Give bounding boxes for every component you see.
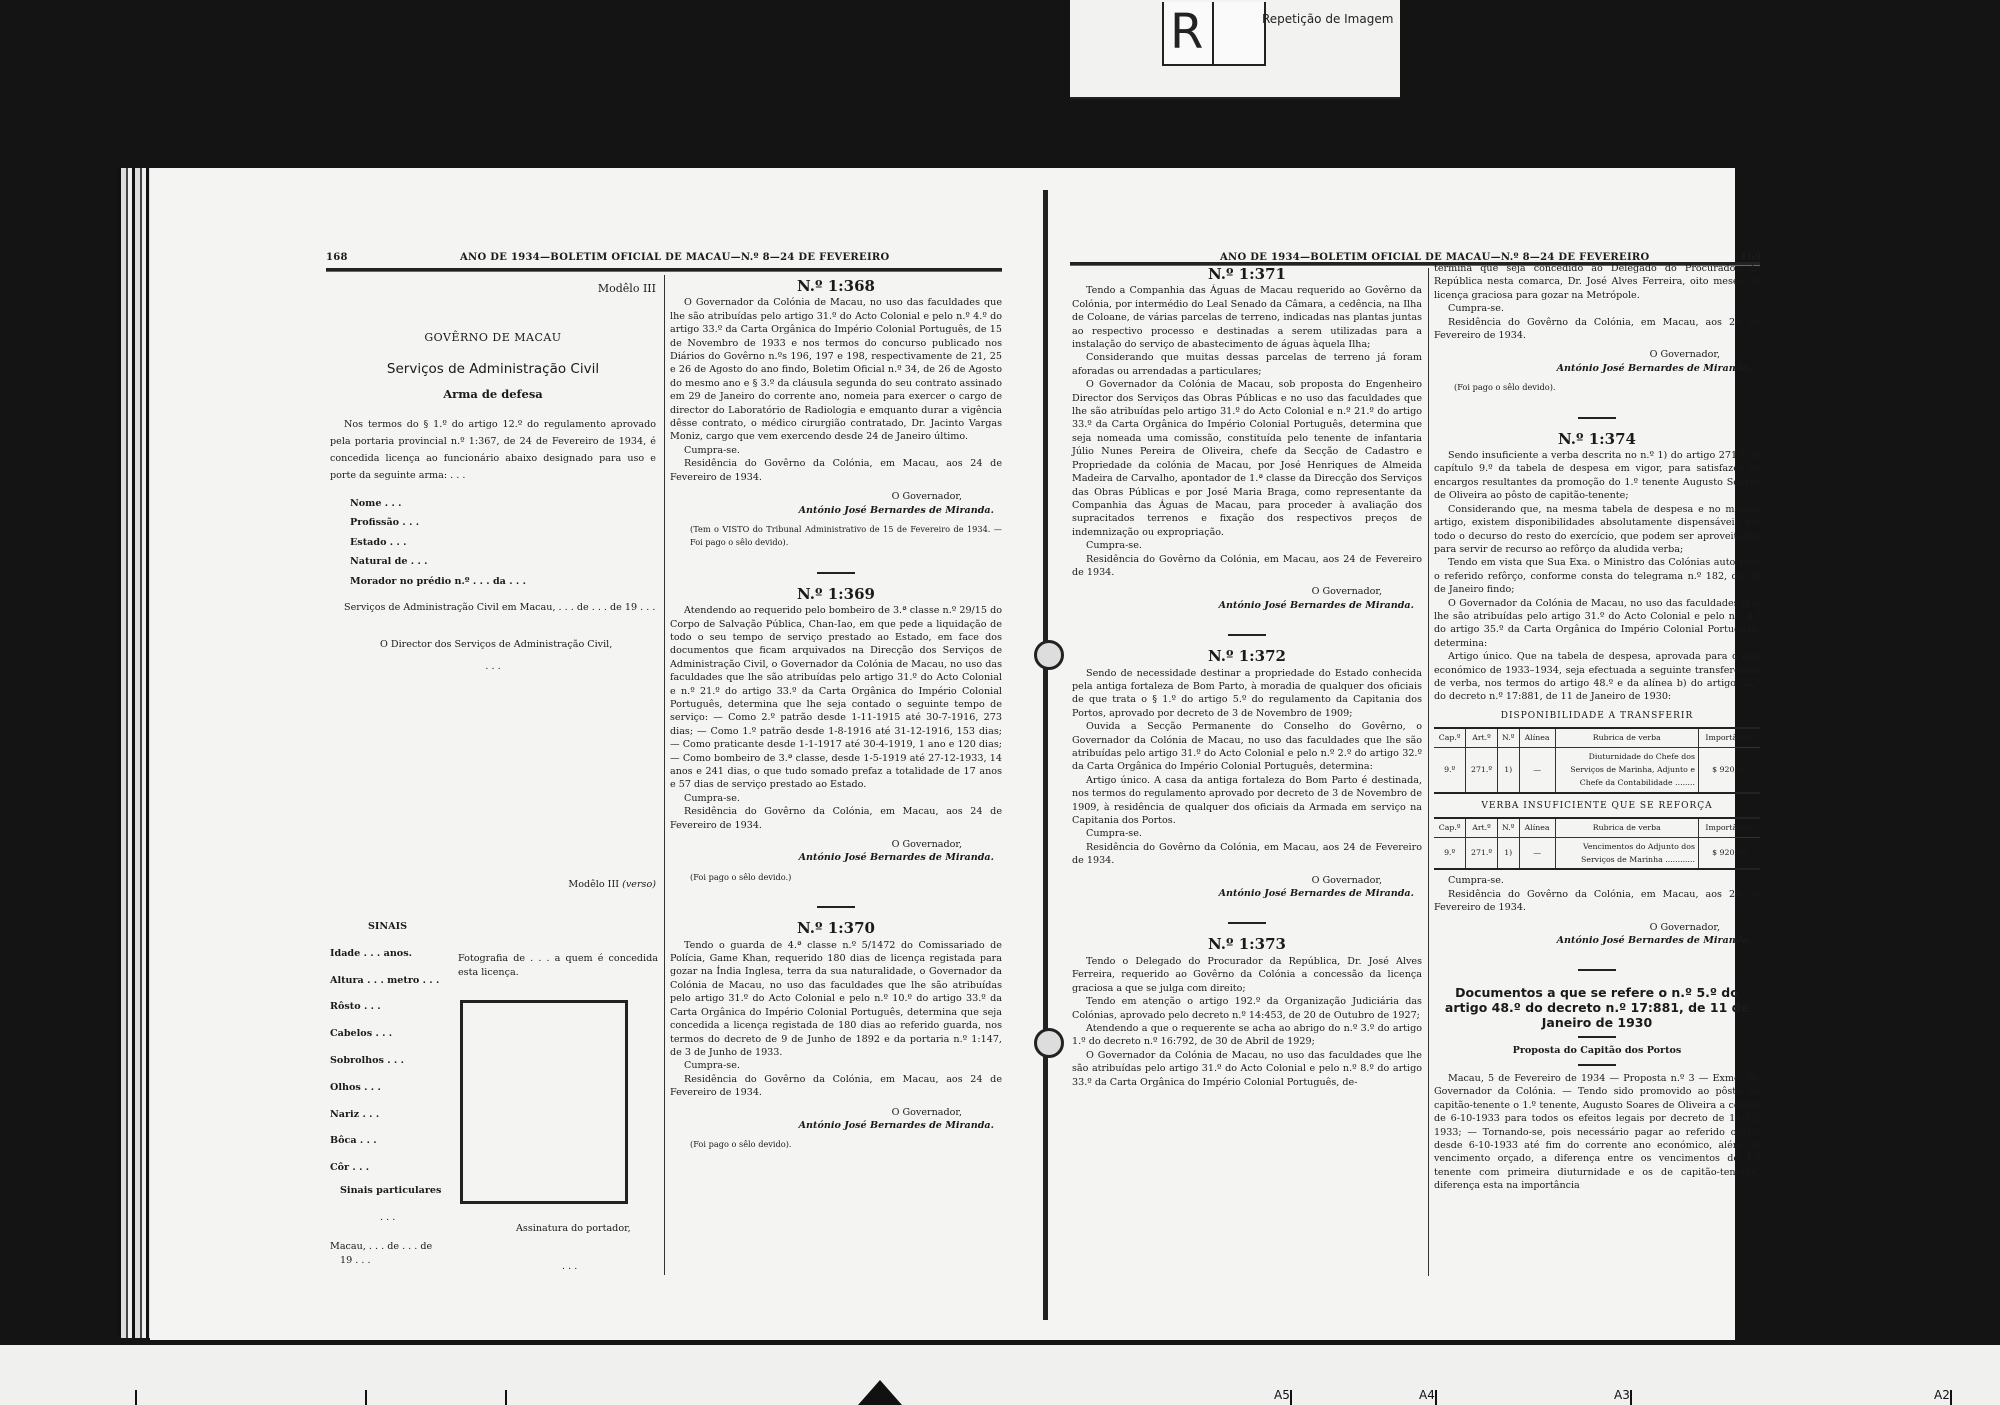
decree-number: N.º 1:369 bbox=[670, 588, 1002, 601]
page-edges bbox=[118, 168, 154, 1338]
signature-title: O Governador, bbox=[670, 838, 1002, 851]
documents-title: Documentos a que se refere o n.º 5.º do … bbox=[1434, 985, 1760, 1030]
column-header: N.º bbox=[1497, 818, 1519, 837]
separator bbox=[1578, 1064, 1616, 1066]
decree-note: (Foi pago o sêlo devido.) bbox=[670, 871, 1002, 884]
table-cell: 1) bbox=[1497, 837, 1519, 869]
signature-name: António José Bernardes de Miranda. bbox=[670, 851, 1002, 864]
separator bbox=[817, 906, 855, 908]
decree-paragraph: Residência do Govêrno da Colónia, em Mac… bbox=[1434, 888, 1760, 915]
signature-title: O Governador, bbox=[1072, 874, 1422, 887]
column-divider bbox=[664, 275, 665, 1275]
left-column-decrees: N.º 1:368O Governador da Colónia de Maca… bbox=[670, 278, 1002, 1152]
table-cell: 1) bbox=[1497, 747, 1519, 793]
table-cell: 271.º bbox=[1466, 747, 1498, 793]
film-tick bbox=[1435, 1390, 1437, 1405]
decree-paragraph: Tendo o Delegado do Procurador da Repúbl… bbox=[1072, 955, 1422, 995]
column-header: Art.º bbox=[1466, 818, 1498, 837]
service-heading: Serviços de Administração Civil bbox=[330, 363, 656, 376]
decree-paragraph: Residência do Govêrno da Colónia, em Mac… bbox=[670, 457, 1002, 484]
table-cell: $ 920,00 bbox=[1698, 747, 1760, 793]
signature-title: O Governador, bbox=[1434, 348, 1760, 361]
table-cell: — bbox=[1519, 837, 1555, 869]
form-field: Nome . . . bbox=[330, 494, 656, 514]
table-cell: Diuturnidade do Chefe dos Serviços de Ma… bbox=[1555, 747, 1698, 793]
photo-caption: Fotografia de . . . a quem é concedida e… bbox=[458, 952, 658, 980]
decree-paragraph: Cumpra-se. bbox=[1434, 302, 1760, 315]
documents-subtitle: Proposta do Capitão dos Portos bbox=[1434, 1044, 1760, 1057]
right-column-continued: termina que seja concedido ao Delegado d… bbox=[1434, 262, 1760, 1193]
film-strip bbox=[0, 1345, 2000, 1405]
decree-paragraph: Atendendo a que o requerente se acha ao … bbox=[1072, 1022, 1422, 1049]
decree-paragraph: Atendendo ao requerido pelo bombeiro de … bbox=[670, 604, 1002, 792]
column-header: Art.º bbox=[1466, 728, 1498, 747]
decree-paragraph: Sendo insuficiente a verba descrita no n… bbox=[1434, 449, 1760, 503]
signature-name: António José Bernardes de Miranda. bbox=[1434, 934, 1760, 947]
form-field: Natural de . . . bbox=[330, 552, 656, 572]
signature-title: O Governador, bbox=[1434, 921, 1760, 934]
form-field: Profissão . . . bbox=[330, 513, 656, 533]
decree-note: (Foi pago o sêlo devido). bbox=[1434, 381, 1760, 394]
decree-paragraph: Residência do Govêrno da Colónia, em Mac… bbox=[670, 1073, 1002, 1100]
image-repeat-tag: R Repetição de Imagem bbox=[1070, 0, 1400, 99]
film-tick bbox=[1630, 1390, 1632, 1405]
decree-paragraph: Artigo único. A casa da antiga fortaleza… bbox=[1072, 774, 1422, 828]
holder-signature: Assinatura do portador, bbox=[516, 1222, 666, 1235]
table-cell: 9.º bbox=[1434, 747, 1466, 793]
film-tick bbox=[135, 1390, 137, 1405]
decree-number: N.º 1:370 bbox=[670, 922, 1002, 935]
decree-paragraph: Sendo de necessidade destinar a propried… bbox=[1072, 667, 1422, 721]
decree-paragraph: Ouvida a Secção Permanente do Conselho d… bbox=[1072, 720, 1422, 774]
sinais-heading: SINAIS bbox=[330, 914, 656, 941]
decree-paragraph: termina que seja concedido ao Delegado d… bbox=[1434, 262, 1760, 302]
table-cell: 271.º bbox=[1466, 837, 1498, 869]
form-title: Arma de defesa bbox=[330, 388, 656, 401]
signature-name: António José Bernardes de Miranda. bbox=[670, 504, 1002, 517]
film-arrow-icon bbox=[858, 1380, 902, 1405]
signature-title: O Governador, bbox=[670, 490, 1002, 503]
decree-paragraph: Considerando que muitas dessas parcelas … bbox=[1072, 351, 1422, 378]
decree-note: (Tem o VISTO do Tribunal Administrativo … bbox=[670, 523, 1002, 550]
decree-number: N.º 1:368 bbox=[670, 280, 1002, 293]
film-marker-label: A2 bbox=[1934, 1388, 1950, 1402]
table-cell: $ 920,00 bbox=[1698, 837, 1760, 869]
table-cell: Vencimentos do Adjunto dos Serviços de M… bbox=[1555, 837, 1698, 869]
separator bbox=[1578, 417, 1616, 419]
separator bbox=[1578, 1036, 1616, 1038]
binding-clip-icon bbox=[1034, 1028, 1064, 1058]
decree-paragraph: Cumpra-se. bbox=[670, 444, 1002, 457]
column-header: Rubrica de verba bbox=[1555, 728, 1698, 747]
separator bbox=[1228, 922, 1266, 924]
transfer-table: Cap.ºArt.ºN.ºAlíneaRubrica de verbaImpor… bbox=[1434, 727, 1760, 794]
decree-paragraph: O Governador da Colónia de Macau, no uso… bbox=[1434, 597, 1760, 651]
form-field: Estado . . . bbox=[330, 533, 656, 553]
film-marker-label: A3 bbox=[1614, 1388, 1630, 1402]
form-field: Morador no prédio n.º . . . da . . . bbox=[330, 572, 656, 592]
signature-name: António José Bernardes de Miranda. bbox=[1072, 599, 1422, 612]
form-fields: Nome . . .Profissão . . .Estado . . .Nat… bbox=[330, 494, 656, 592]
decree-paragraph: Cumpra-se. bbox=[1434, 874, 1760, 887]
separator bbox=[1228, 634, 1266, 636]
film-tick bbox=[1950, 1390, 1952, 1405]
table-cell: — bbox=[1519, 747, 1555, 793]
film-tick bbox=[365, 1390, 367, 1405]
book-spine bbox=[1043, 190, 1048, 1320]
header-rule-left bbox=[326, 268, 1002, 272]
binding-clip-icon bbox=[1034, 640, 1064, 670]
decree-paragraph: Cumpra-se. bbox=[670, 1059, 1002, 1072]
column-divider bbox=[1428, 268, 1429, 1276]
decree-number: N.º 1:374 bbox=[1434, 433, 1760, 446]
decree-paragraph: Cumpra-se. bbox=[1072, 539, 1422, 552]
decree-paragraph: Artigo único. Que na tabela de despesa, … bbox=[1434, 650, 1760, 704]
decree-number: N.º 1:372 bbox=[1072, 650, 1422, 663]
running-head-left: ANO DE 1934—BOLETIM OFICIAL DE MACAU—N.º… bbox=[460, 252, 890, 263]
decree-paragraph: Residência do Govêrno da Colónia, em Mac… bbox=[1072, 841, 1422, 868]
separator bbox=[817, 572, 855, 574]
decree-paragraph: Cumpra-se. bbox=[1072, 827, 1422, 840]
decree-paragraph: O Governador da Colónia de Macau, no uso… bbox=[670, 296, 1002, 443]
decree-paragraph: Tendo em vista que Sua Exa. o Ministro d… bbox=[1434, 556, 1760, 596]
documents-body: Macau, 5 de Fevereiro de 1934 — Proposta… bbox=[1434, 1072, 1760, 1193]
book-icon: R bbox=[1162, 2, 1266, 66]
decree-paragraph: Tendo a Companhia das Águas de Macau req… bbox=[1072, 284, 1422, 351]
decree-paragraph: Residência do Govêrno da Colónia, em Mac… bbox=[670, 805, 1002, 832]
decree-number: N.º 1:373 bbox=[1072, 938, 1422, 951]
signature-name: António José Bernardes de Miranda. bbox=[1434, 362, 1760, 375]
decree-number: N.º 1:371 bbox=[1072, 268, 1422, 281]
signature-name: António José Bernardes de Miranda. bbox=[1072, 887, 1422, 900]
table-cell: 9.º bbox=[1434, 837, 1466, 869]
column-header: Alínea bbox=[1519, 728, 1555, 747]
column-header: Importância bbox=[1698, 818, 1760, 837]
table-title: DISPONIBILIDADE A TRANSFERIR bbox=[1434, 710, 1760, 723]
signature-title: O Governador, bbox=[670, 1106, 1002, 1119]
decree-paragraph: Residência do Govêrno da Colónia, em Mac… bbox=[1434, 316, 1760, 343]
signature-title: O Governador, bbox=[1072, 585, 1422, 598]
org-heading: GOVÊRNO DE MACAU bbox=[330, 331, 656, 344]
column-header: Cap.º bbox=[1434, 818, 1466, 837]
column-header: Alínea bbox=[1519, 818, 1555, 837]
separator bbox=[1578, 969, 1616, 971]
column-header: Importância bbox=[1698, 728, 1760, 747]
decree-note: (Foi pago o sêlo devido). bbox=[670, 1138, 1002, 1151]
model-iii-form: Modêlo III GOVÊRNO DE MACAU Serviços de … bbox=[330, 282, 656, 673]
column-header: Cap.º bbox=[1434, 728, 1466, 747]
film-tick bbox=[505, 1390, 507, 1405]
table-title: VERBA INSUFICIENTE QUE SE REFORÇA bbox=[1434, 800, 1760, 813]
photo-box bbox=[460, 1000, 628, 1204]
decree-paragraph: Cumpra-se. bbox=[670, 792, 1002, 805]
film-tick bbox=[1290, 1390, 1292, 1405]
decree-paragraph: O Governador da Colónia de Macau, no uso… bbox=[1072, 1049, 1422, 1089]
column-header: Rubrica de verba bbox=[1555, 818, 1698, 837]
repeat-label: Repetição de Imagem bbox=[1262, 12, 1393, 26]
table-row: 9.º271.º1)—Vencimentos do Adjunto dos Se… bbox=[1434, 837, 1760, 869]
film-marker-label: A5 bbox=[1274, 1388, 1290, 1402]
decree-paragraph: Tendo o guarda de 4.ª classe n.º 5/1472 … bbox=[670, 939, 1002, 1060]
decree-paragraph: Tendo em atenção o artigo 192.º da Organ… bbox=[1072, 995, 1422, 1022]
table-row: 9.º271.º1)—Diuturnidade do Chefe dos Ser… bbox=[1434, 747, 1760, 793]
decree-paragraph: Residência do Govêrno da Colónia, em Mac… bbox=[1072, 553, 1422, 580]
signature-name: António José Bernardes de Miranda. bbox=[670, 1119, 1002, 1132]
right-column-decrees: N.º 1:371Tendo a Companhia das Águas de … bbox=[1072, 266, 1422, 1089]
decree-paragraph: O Governador da Colónia de Macau, sob pr… bbox=[1072, 378, 1422, 539]
page-number-left: 168 bbox=[326, 252, 348, 263]
decree-paragraph: Considerando que, na mesma tabela de des… bbox=[1434, 503, 1760, 557]
repeat-letter: R bbox=[1170, 4, 1203, 60]
column-header: N.º bbox=[1497, 728, 1519, 747]
film-marker-label: A4 bbox=[1419, 1388, 1435, 1402]
transfer-table: Cap.ºArt.ºN.ºAlíneaRubrica de verbaImpor… bbox=[1434, 817, 1760, 870]
